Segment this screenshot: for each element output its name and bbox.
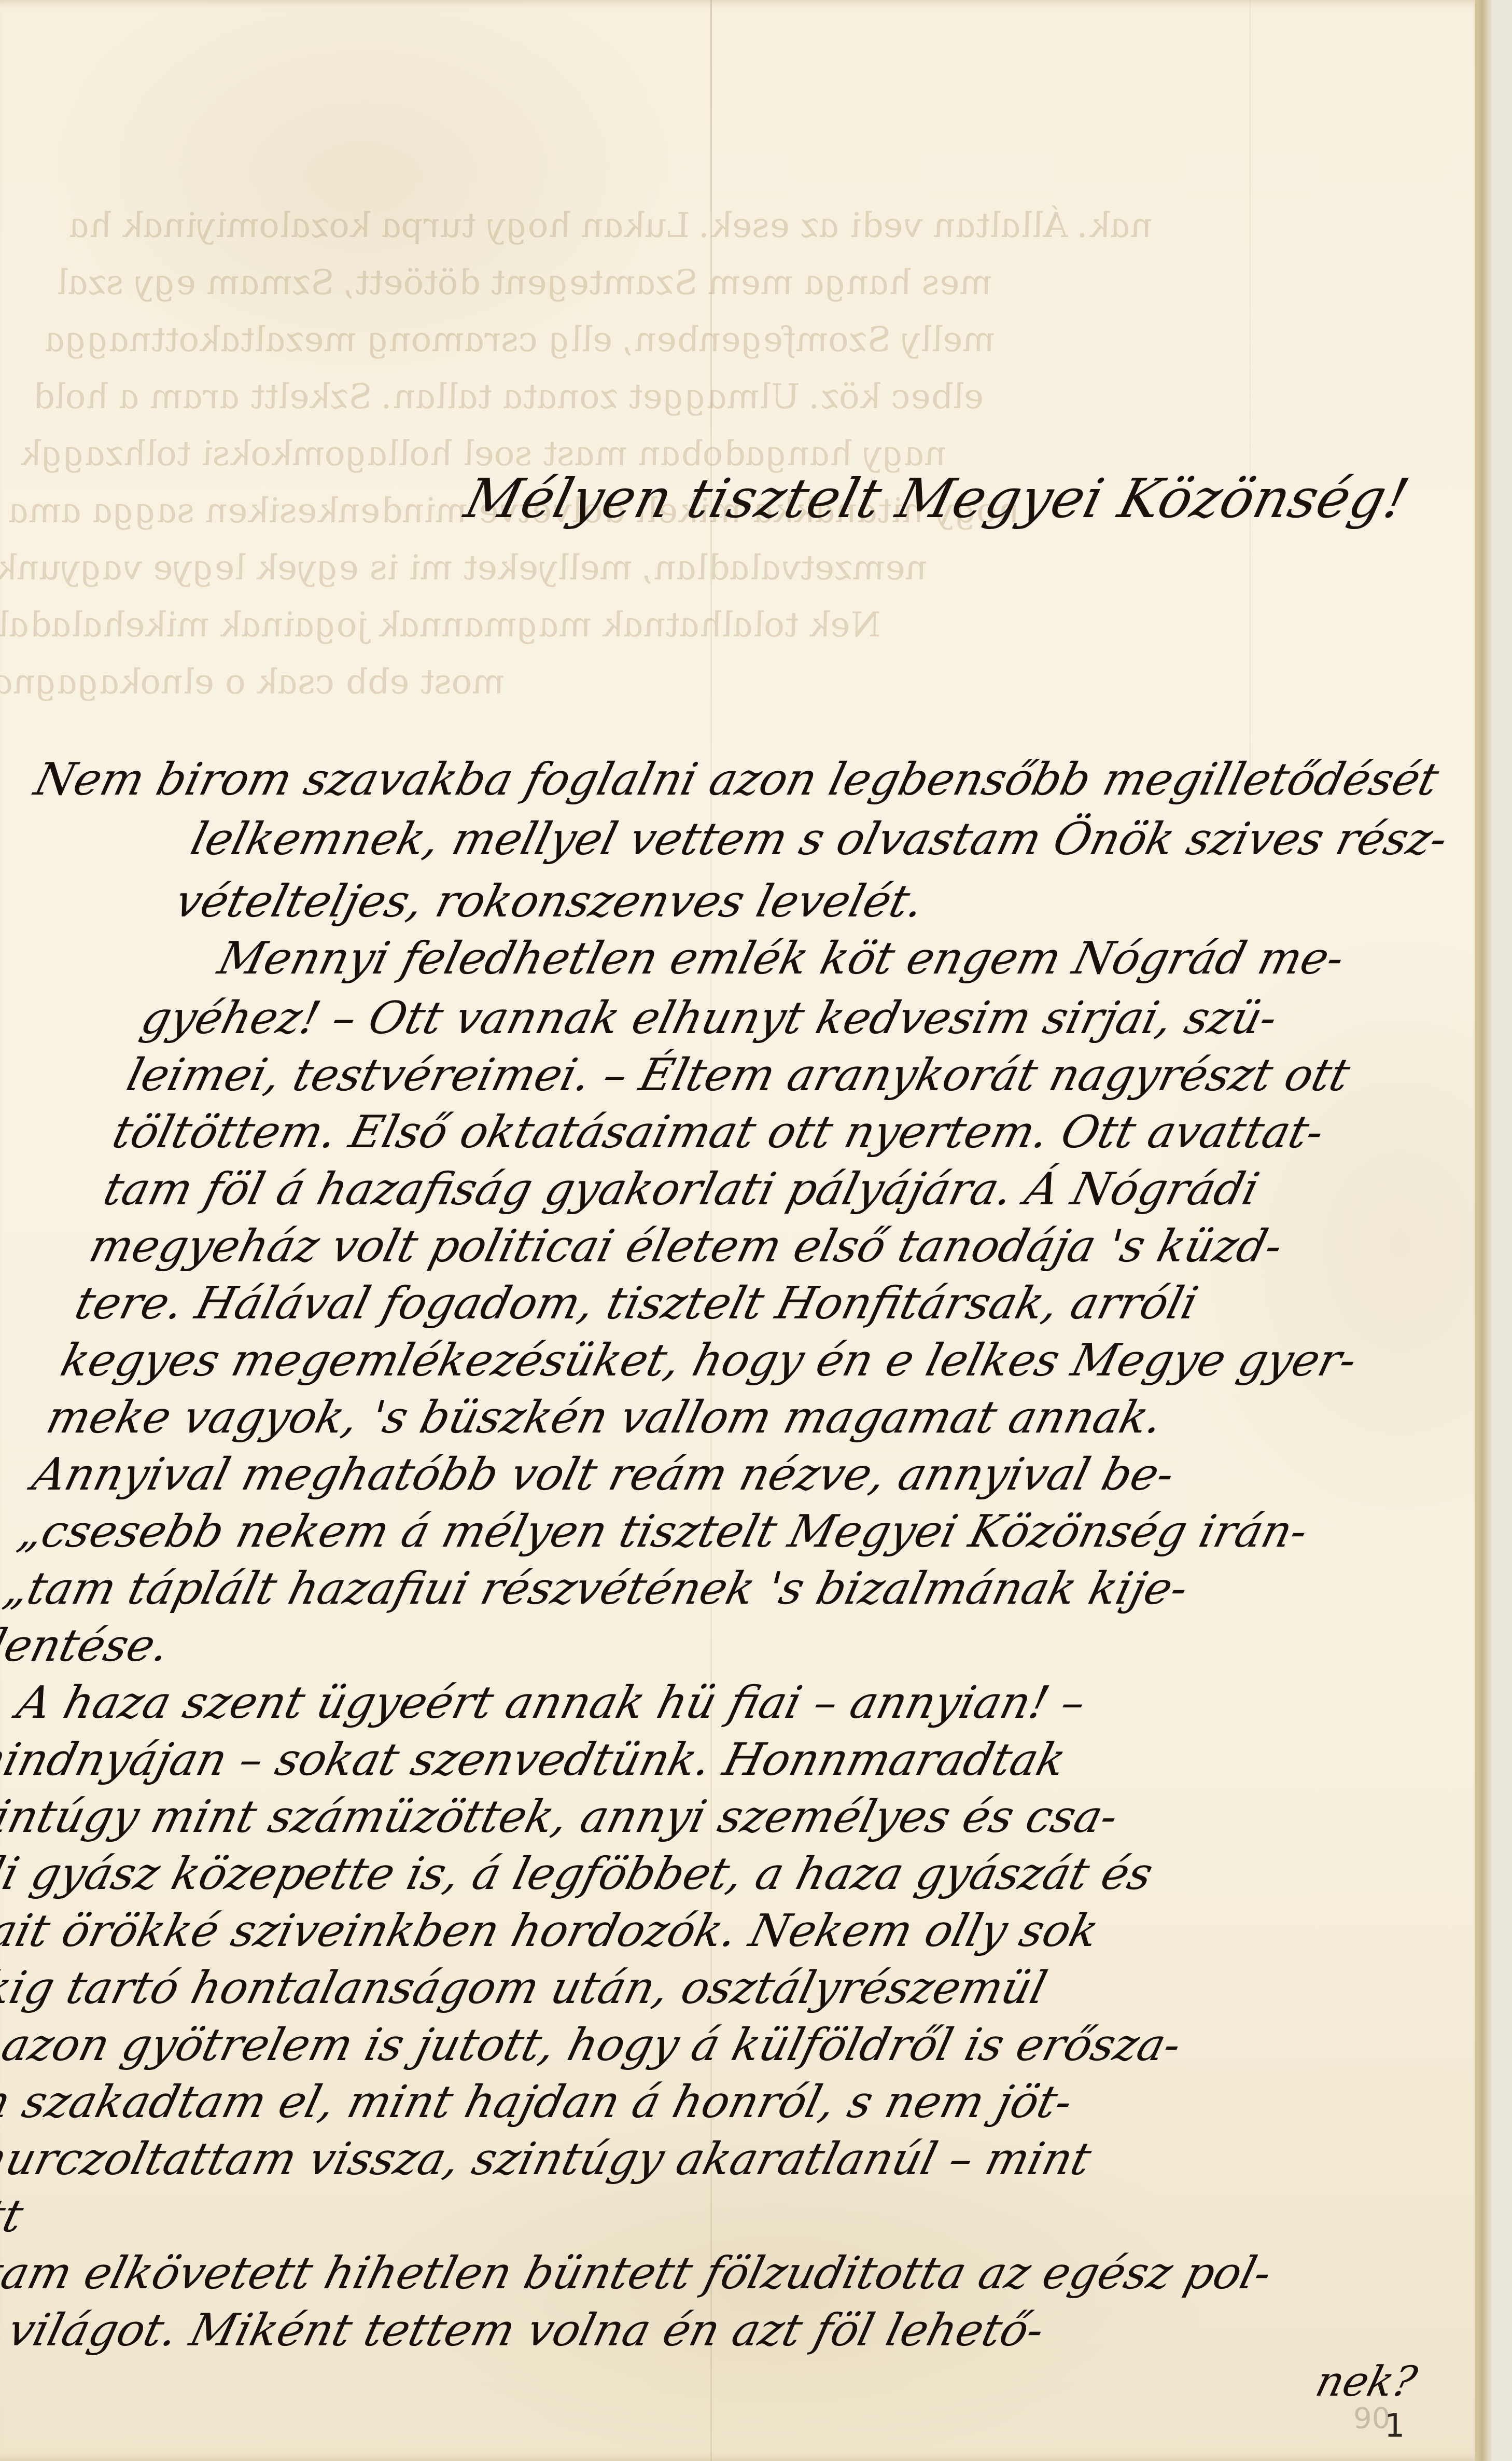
body-line: gyéhez! – Ott vannak elhunyt kedvesim si… (137, 996, 1282, 1040)
body-line: gárisult világot. Miként tettem volna én… (0, 2308, 1048, 2353)
bleed-line: melly Szomfegenben, ellg csramong mezalt… (39, 311, 1503, 368)
body-line: Annyival meghatóbb volt reám nézve, anny… (28, 1452, 1179, 1497)
body-line: kosan szakadtam el, mint hajdan á honról… (0, 2080, 1077, 2124)
fold-crease-secondary (1250, 0, 1251, 778)
bleed-line: mes hanga mem Szamtegent dötöett, Szmam … (51, 254, 1512, 311)
body-line: meke vagyok, 's büszkén vallom magamat a… (43, 1395, 1167, 1440)
bleed-line: Nek tolalhatnak magmannak jogainak mikeh… (0, 596, 1443, 654)
body-line: ládi gyász közepette is, á legföbbet, a … (0, 1852, 1157, 1896)
body-line: Mennyi feledhetlen emlék köt engem Nógrá… (214, 936, 1349, 981)
body-line: töltöttem. Első oktatásaimat ott nyertem… (108, 1110, 1328, 1155)
body-line: lelkemnek, mellyel vettem s olvastam Önö… (187, 817, 1452, 861)
body-line: „csesebb nekem á mélyen tisztelt Megyei … (14, 1509, 1312, 1554)
body-line: kinait örökké sziveinkben hordozók. Neke… (0, 1909, 1103, 1953)
body-line: tam föl á hazafiság gyakorlati pályájára… (100, 1167, 1264, 1212)
body-line: tere. Hálával fogadom, tisztelt Honfitár… (71, 1281, 1202, 1326)
body-line: lentése. (0, 1623, 174, 1668)
bleed-line: elbec köz. Ulmagget zonata tallan. Szkel… (27, 368, 1491, 425)
body-line: vételteljes, rokonszenves levelét. (171, 879, 928, 924)
body-line: „tam táplált hazafiui részvétének 's biz… (0, 1566, 1192, 1611)
bleed-line: nak. Állaltan vedi az esek. Lukan hogy t… (63, 197, 1512, 254)
catchword: nek? (1311, 2357, 1421, 2406)
salutation: Mélyen tisztelt Megyei Közönség! (459, 467, 1416, 530)
body-line: még azon gyötrelem is jutott, hogy á kül… (0, 2023, 1185, 2067)
bleed-line: nemzetvaladlan, mellyeket mi is egyek le… (0, 539, 1454, 596)
folio-number: 1 (1384, 2407, 1405, 2444)
body-line: évekig tartó hontalanságom után, osztály… (0, 1966, 1051, 2010)
body-line: A haza szent ügyeért annak hü fiai – ann… (13, 1680, 1090, 1725)
body-line: megyeház volt politicai életem első tano… (85, 1224, 1287, 1269)
bleed-line: most ebb csak o elnokagagnak (0, 654, 1430, 711)
bleed-through-text: nak. Állaltan vedi az esek. Lukan hogy t… (0, 197, 1512, 711)
body-line: mindnyájan – sokat szenvedtünk. Honnmara… (0, 1737, 1070, 1782)
paper-edge (1475, 0, 1493, 2461)
body-line: A rajtam elkövetett hihetlen büntett föl… (0, 2251, 1276, 2296)
body-line: leimei, testvéreimei. – Éltem aranykorát… (122, 1053, 1354, 1097)
body-line: tem, hurczoltattam vissza, szintúgy akar… (0, 2137, 1095, 2181)
manuscript-page: nak. Állaltan vedi az esek. Lukan hogy t… (0, 0, 1493, 2461)
body-line: Nem birom szavakba foglalni azon legbens… (31, 757, 1443, 802)
body-line: szintúgy mint számüzöttek, annyi személy… (0, 1795, 1122, 1839)
body-line: kegyes megemlékezésüket, hogy én e lelke… (57, 1338, 1361, 1383)
body-line: időelőtt (0, 2194, 27, 2238)
